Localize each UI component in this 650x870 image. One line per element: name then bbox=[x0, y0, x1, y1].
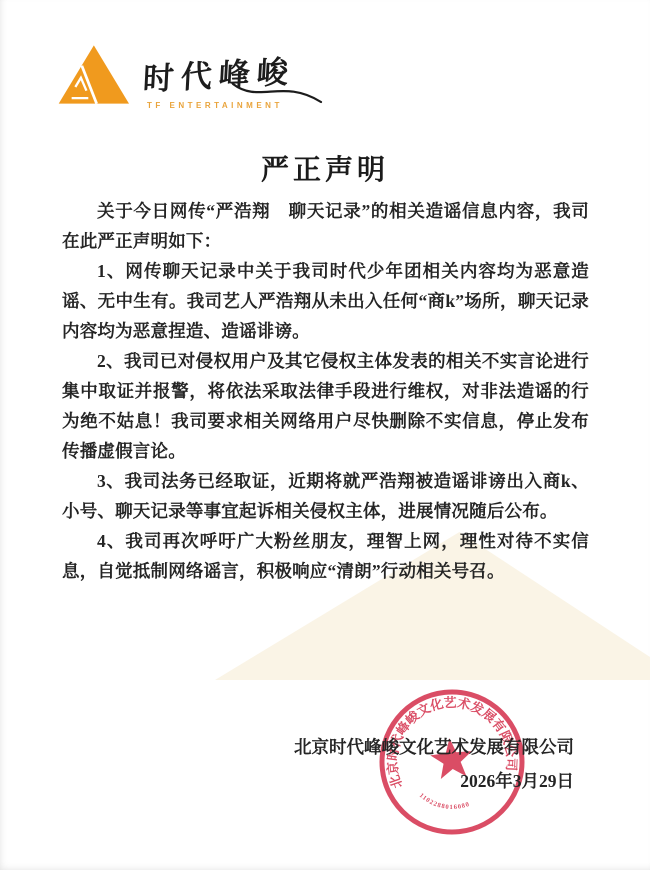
statement-body: 关于今日网传“严浩翔 聊天记录”的相关造谣信息内容，我司在此严正声明如下： 1、… bbox=[62, 196, 589, 586]
company-logo: 时代峰峻 TF ENTERTAINMENT bbox=[55, 42, 323, 110]
statement-date: 2026年3月29日 bbox=[294, 769, 574, 793]
paragraph-item-1: 1、网传聊天记录中关于我司时代少年团相关内容均为恶意造谣、无中生有。我司艺人严浩… bbox=[62, 256, 589, 346]
paragraph-item-4: 4、我司再次呼吁广大粉丝朋友，理智上网，理性对待不实信息，自觉抵制网络谣言，积极… bbox=[62, 526, 589, 586]
brand-name: 时代峰峻 bbox=[142, 46, 296, 99]
paragraph-item-2: 2、我司已对侵权用户及其它侵权主体发表的相关不实言论进行集中取证并报警，将依法采… bbox=[62, 346, 589, 466]
paragraph-item-3: 3、我司法务已经取证，近期将就严浩翔被造谣诽谤出入商k、小号、聊天记录等事宜起诉… bbox=[62, 466, 589, 526]
brand-subtitle: TF ENTERTAINMENT bbox=[147, 101, 323, 110]
paragraph-intro: 关于今日网传“严浩翔 聊天记录”的相关造谣信息内容，我司在此严正声明如下： bbox=[62, 196, 589, 256]
page-title: 严正声明 bbox=[0, 148, 650, 188]
statement-page: 时代峰峻 TF ENTERTAINMENT 严正声明 关于今日网传“严浩翔 聊天… bbox=[0, 0, 650, 870]
logo-triangle-icon bbox=[55, 42, 129, 108]
company-name: 北京时代峰峻文化艺术发展有限公司 bbox=[294, 735, 574, 759]
logo-wordmark: 时代峰峻 TF ENTERTAINMENT bbox=[143, 50, 323, 110]
signature-block: 北京时代峰峻文化艺术发展有限公司 2026年3月29日 bbox=[294, 735, 574, 793]
